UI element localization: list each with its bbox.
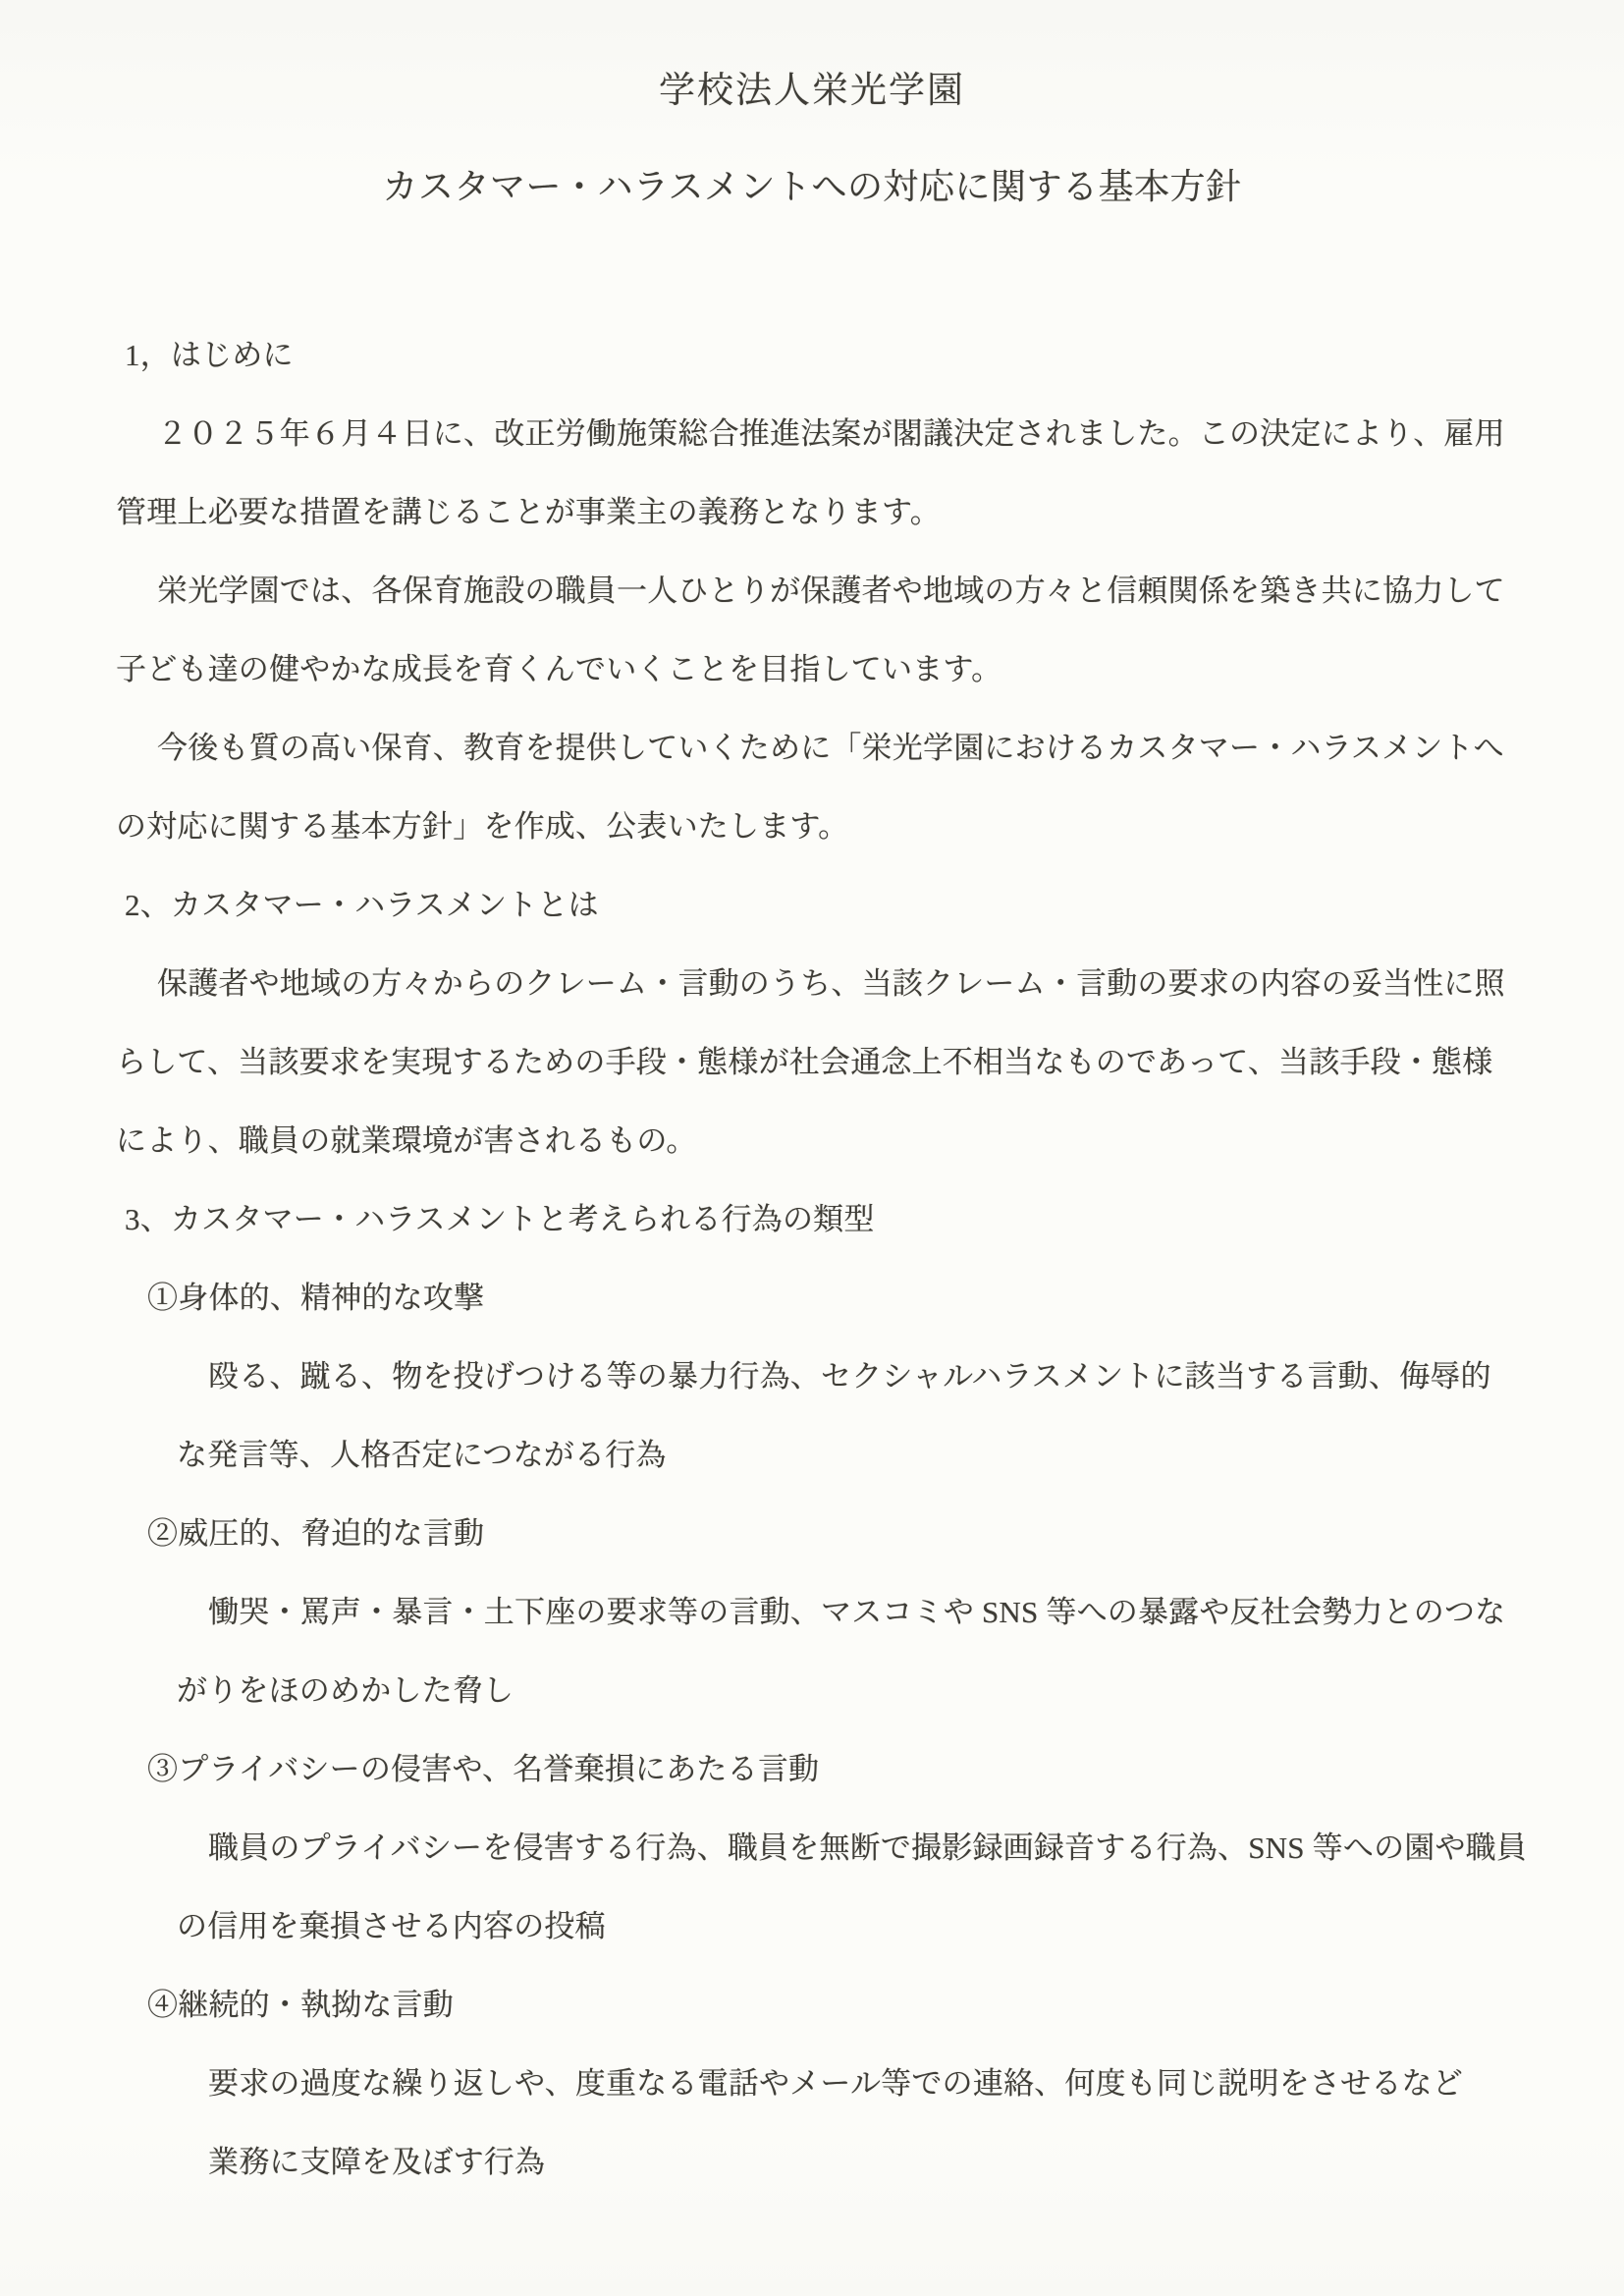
item3-description-line2: の信用を棄損させる内容の投稿 (177, 1908, 606, 1946)
item2-description-line1: 慟哭・罵声・暴言・土下座の要求等の言動、マスコミや SNS 等への暴露や反社会勢… (208, 1594, 1505, 1632)
item1-description-line1: 殴る、蹴る、物を投げつける等の暴力行為、セクシャルハラスメントに該当する言動、侮… (208, 1358, 1491, 1396)
item2-description-line2: がりをほのめかした脅し (177, 1672, 514, 1711)
item4-description-line2: 業務に支障を及ぼす行為 (208, 2144, 545, 2182)
scanned-document-page: 学校法人栄光学園 カスタマー・ハラスメントへの対応に関する基本方針 1，はじめに… (0, 0, 1624, 2296)
item3-heading: ③プライバシーの侵害や、名誉棄損にあたる言動 (147, 1751, 819, 1789)
section3-heading: 3、カスタマー・ハラスメントと考えられる行為の類型 (125, 1201, 875, 1239)
item1-heading: ①身体的、精神的な攻撃 (147, 1280, 484, 1318)
item4-description-line1: 要求の過度な繰り返しや、度重なる電話やメール等での連絡、何度も同じ説明をさせるな… (208, 2065, 1463, 2104)
section1-paragraph1-line1: ２０２５年６月４日に、改正労働施策総合推進法案が閣議決定されました。この決定によ… (157, 415, 1505, 454)
document-organization-title: 学校法人栄光学園 (0, 73, 1624, 109)
section2-paragraph-line3: により、職員の就業環境が害されるもの。 (116, 1122, 697, 1161)
section2-heading: 2、カスタマー・ハラスメントとは (125, 887, 599, 925)
item3-description-line1: 職員のプライバシーを侵害する行為、職員を無断で撮影録画録音する行為、SNS 等へ… (208, 1830, 1527, 1868)
item2-heading: ②威圧的、脅迫的な言動 (147, 1515, 484, 1554)
item1-description-line2: な発言等、人格否定につながる行為 (177, 1437, 667, 1475)
item4-heading: ④継続的・執拗な言動 (147, 1987, 454, 2025)
section2-paragraph-line1: 保護者や地域の方々からのクレーム・言動のうち、当該クレーム・言動の要求の内容の妥… (157, 965, 1505, 1004)
section1-paragraph1-line2: 管理上必要な措置を講じることが事業主の義務となります。 (116, 494, 941, 532)
section1-paragraph3-line2: の対応に関する基本方針」を作成、公表いたします。 (116, 808, 848, 847)
section1-heading: 1，はじめに (125, 337, 294, 375)
section1-paragraph3-line1: 今後も質の高い保育、教育を提供していくために「栄光学園におけるカスタマー・ハラス… (157, 730, 1504, 768)
section2-paragraph-line2: らして、当該要求を実現するための手段・態様が社会通念上不相当なものであって、当該… (116, 1044, 1492, 1082)
section1-paragraph2-line1: 栄光学園では、各保育施設の職員一人ひとりが保護者や地域の方々と信頼関係を築き共に… (157, 573, 1505, 611)
section1-paragraph2-line2: 子ども達の健やかな成長を育くんでいくことを目指しています。 (116, 651, 1001, 689)
document-main-title: カスタマー・ハラスメントへの対応に関する基本方針 (0, 169, 1624, 204)
